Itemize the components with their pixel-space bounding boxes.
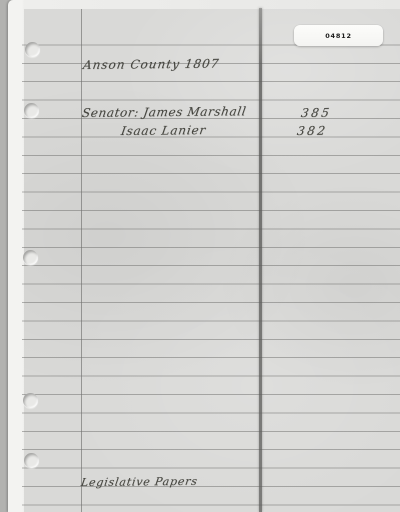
punch-hole <box>23 250 38 265</box>
punch-hole <box>25 42 40 57</box>
handwritten-entry-label: Isaac Lanier <box>120 123 207 138</box>
handwritten-title: Anson County 1807 <box>82 57 220 72</box>
id-number-sticker: 04812 <box>294 25 383 46</box>
page-crease-line <box>259 8 262 512</box>
handwritten-entry-label: Senator: James Marshall <box>81 104 247 120</box>
margin-rule-line <box>81 9 82 512</box>
punch-hole <box>23 393 38 408</box>
sticker-number: 04812 <box>325 32 352 40</box>
punch-hole <box>24 103 39 118</box>
handwritten-entry-value: 385 <box>300 106 333 120</box>
punch-hole <box>24 453 39 468</box>
handwritten-entry-value: 382 <box>296 124 329 138</box>
handwritten-footer: Legislative Papers <box>80 475 199 489</box>
scanned-document: 04812 Anson County 1807 Senator: James M… <box>0 0 400 512</box>
